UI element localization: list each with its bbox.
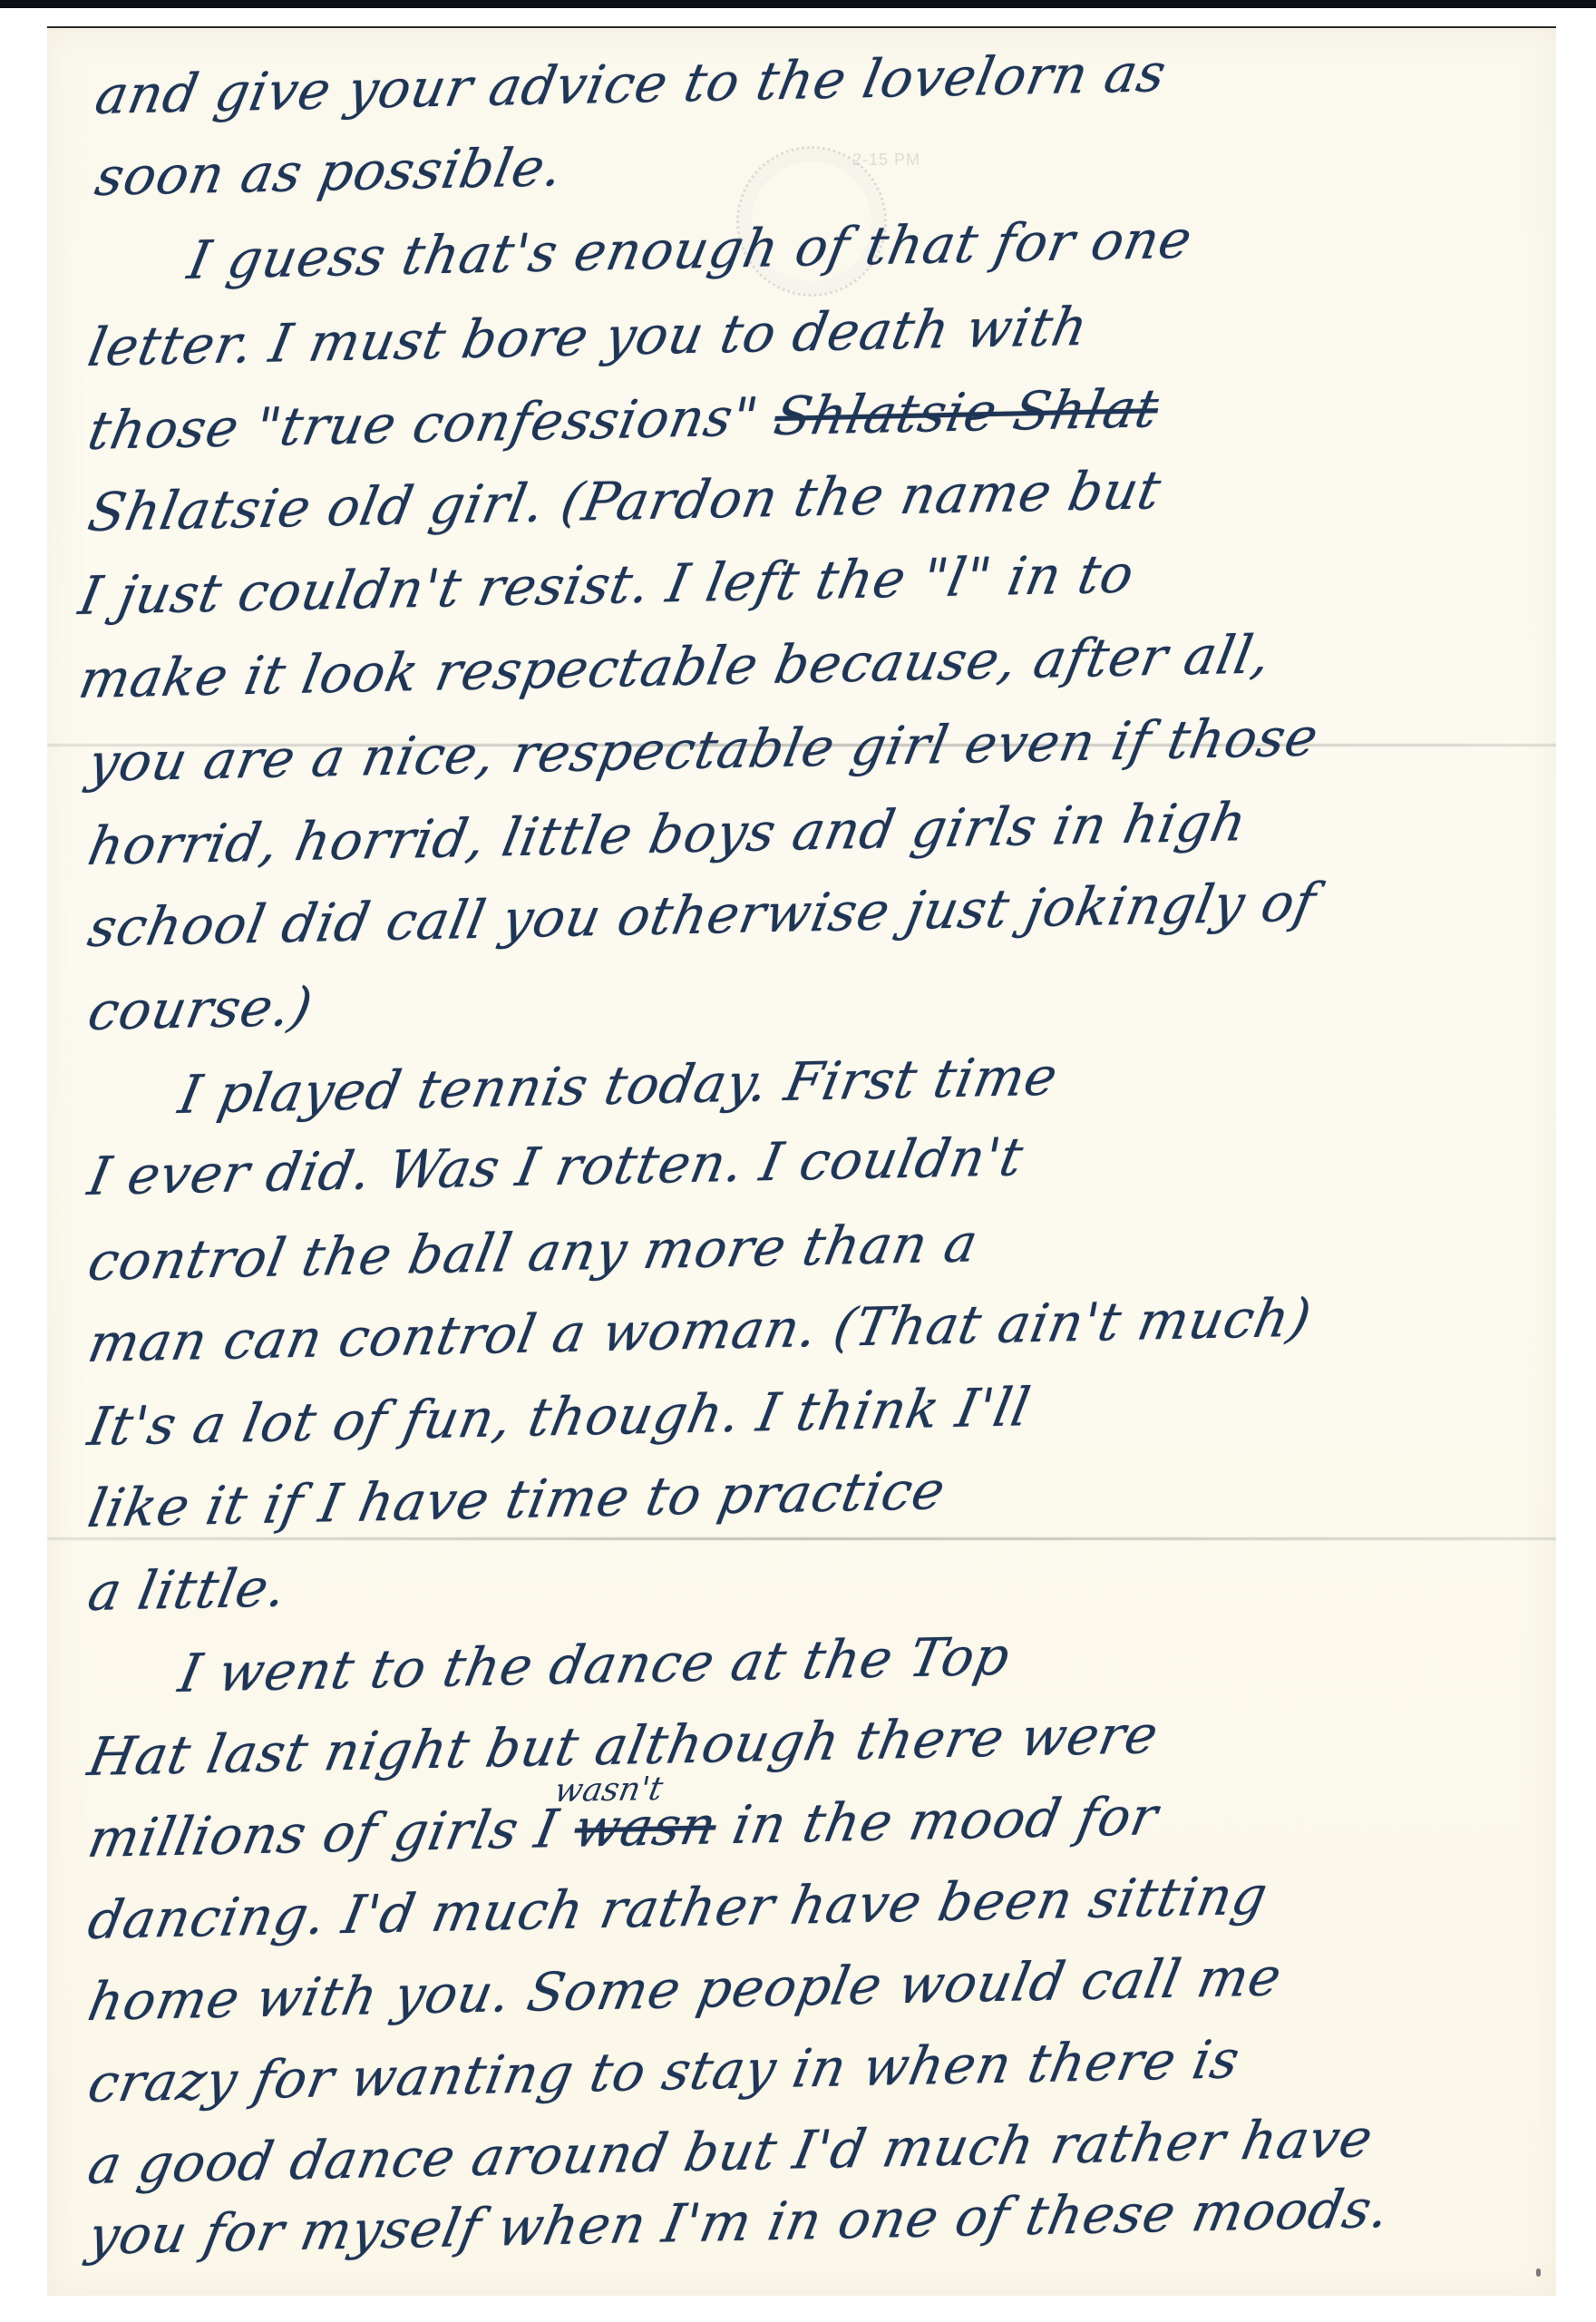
paper-speck	[1536, 2268, 1541, 2277]
letter-line: horrid, horrid, little boys and girls in…	[83, 791, 1252, 877]
letter-line: millions of girls I wasn in the mood for	[83, 1785, 1163, 1869]
letter-line: soon as possible.	[91, 136, 569, 208]
letter-line: Shlatsie old girl. (Pardon the name but	[83, 459, 1166, 543]
letter-line: course.)	[83, 976, 318, 1042]
letter-line: I guess that's enough of that for one	[183, 209, 1197, 291]
struck-out-word: Shlatsie Shlat	[770, 377, 1164, 447]
letter-line: dancing. I'd much rather have been sitti…	[83, 1865, 1273, 1951]
letter-line: I played tennis today. First time	[174, 1045, 1063, 1126]
letter-line: home with you. Some people would call me	[83, 1946, 1287, 2033]
letter-line: like it if I have time to practice	[83, 1459, 950, 1539]
letter-line: I ever did. Was I rotten. I couldn't	[83, 1126, 1028, 1207]
letter-line: and give your advice to the lovelorn as	[91, 42, 1172, 126]
letter-line: you are a nice, respectable girl even if…	[83, 706, 1324, 794]
letter-line: crazy for wanting to stay in when there …	[83, 2028, 1245, 2114]
line-text: in the mood for	[710, 1785, 1163, 1856]
letter-line: man can control a woman. (That ain't muc…	[83, 1286, 1317, 1374]
line-text: those "true confessions"	[83, 385, 782, 462]
scan-top-edge	[0, 0, 1596, 8]
letter-line: letter. I must bore you to death with	[83, 296, 1094, 378]
letter-line: school did call you otherwise just jokin…	[83, 871, 1321, 959]
line-text: millions of girls I	[83, 1797, 581, 1869]
letter-body: and give your advice to the lovelorn as …	[47, 28, 1556, 2296]
letter-line: It's a lot of fun, though. I think I'll	[83, 1376, 1036, 1458]
letter-line: make it look respectable because, after …	[74, 623, 1276, 710]
letter-line: a little.	[83, 1556, 292, 1623]
letter-page: 2-15 PM and give your advice to the love…	[47, 26, 1556, 2296]
struck-out-word: wasn	[569, 1794, 722, 1859]
letter-line: I just couldn't resist. I left the "l" i…	[74, 542, 1140, 627]
letter-line: those "true confessions" Shlatsie Shlat	[83, 377, 1164, 462]
letter-line: control the ball any more than a	[83, 1212, 983, 1293]
letter-line: I went to the dance at the Top	[174, 1625, 1016, 1704]
